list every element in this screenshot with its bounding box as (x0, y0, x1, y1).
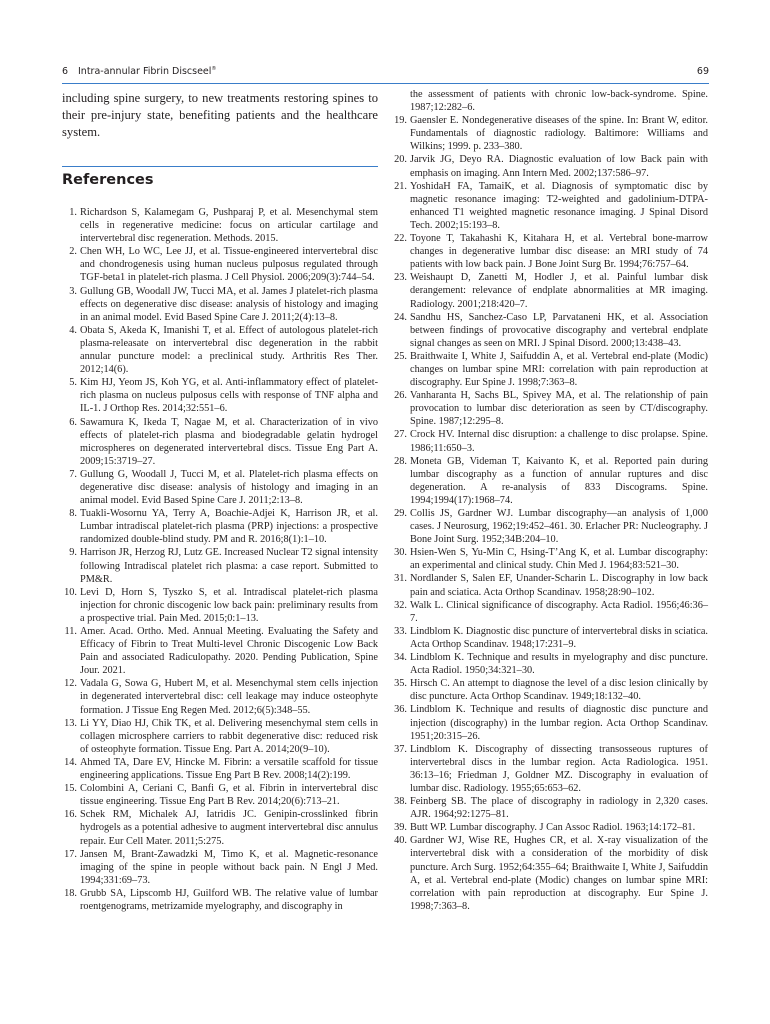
reference-item: 39.Butt WP. Lumbar discography. J Can As… (392, 821, 708, 834)
reference-number: 37. (392, 743, 407, 756)
reference-item: 32.Walk L. Clinical significance of disc… (392, 599, 708, 625)
reference-text: Levi D, Horn S, Tyszko S, et al. Intradi… (80, 587, 378, 624)
reference-text: Li YY, Diao HJ, Chik TK, et al. Deliveri… (80, 718, 378, 755)
reference-number: 34. (392, 651, 407, 664)
reference-item: 1.Richardson S, Kalamegam G, Pushparaj P… (62, 206, 378, 245)
reference-text: Grubb SA, Lipscomb HJ, Guilford WB. The … (80, 888, 378, 912)
reference-item: 24.Sandhu HS, Sanchez-Caso LP, Parvatane… (392, 311, 708, 350)
reference-item: 6.Sawamura K, Ikeda T, Nagae M, et al. C… (62, 416, 378, 468)
reference-text: YoshidaH FA, TamaiK, et al. Diagnosis of… (410, 181, 708, 231)
reference-item: the assessment of patients with chronic … (392, 88, 708, 114)
reference-item: 37.Lindblom K. Discography of dissecting… (392, 743, 708, 795)
reference-text: Richardson S, Kalamegam G, Pushparaj P, … (80, 207, 378, 244)
reference-text: Nordlander S, Salen EF, Unander-Scharin … (410, 573, 708, 597)
left-column: including spine surgery, to new treatmen… (62, 90, 378, 140)
reference-item: 10.Levi D, Horn S, Tyszko S, et al. Intr… (62, 586, 378, 625)
reference-text: Hsien-Wen S, Yu-Min C, Hsing-T’Ang K, et… (410, 547, 708, 571)
reference-text: Colombini A, Ceriani C, Banfi G, et al. … (80, 783, 378, 807)
reference-number: 4. (62, 324, 77, 337)
reference-number: 31. (392, 572, 407, 585)
chapter-title: Intra-annular Fibrin Discseel® (78, 66, 216, 77)
reference-number: 39. (392, 821, 407, 834)
reference-item: 36.Lindblom K. Technique and results of … (392, 703, 708, 742)
reference-number: 17. (62, 848, 77, 861)
reference-item: 35.Hirsch C. An attempt to diagnose the … (392, 677, 708, 703)
reference-text: Hirsch C. An attempt to diagnose the lev… (410, 678, 708, 702)
reference-item: 7.Gullung G, Woodall J, Tucci M, et al. … (62, 468, 378, 507)
reference-item: 9.Harrison JR, Herzog RJ, Lutz GE. Incre… (62, 546, 378, 585)
reference-number: 30. (392, 546, 407, 559)
reference-number: 23. (392, 271, 407, 284)
reference-number: 1. (62, 206, 77, 219)
reference-number: 5. (62, 376, 77, 389)
reference-number: 2. (62, 245, 77, 258)
reference-text: Weishaupt D, Zanetti M, Hodler J, et al.… (410, 272, 708, 309)
reference-item: 11.Amer. Acad. Ortho. Med. Annual Meetin… (62, 625, 378, 677)
reference-text: Walk L. Clinical significance of discogr… (410, 600, 708, 624)
reference-number: 12. (62, 677, 77, 690)
reference-item: 13.Li YY, Diao HJ, Chik TK, et al. Deliv… (62, 717, 378, 756)
reference-text: Chen WH, Lo WC, Lee JJ, et al. Tissue-en… (80, 246, 378, 283)
reference-text: Lindblom K. Technique and results of dia… (410, 704, 708, 741)
reference-number: 13. (62, 717, 77, 730)
reference-number: 38. (392, 795, 407, 808)
reference-number: 25. (392, 350, 407, 363)
reference-number: 32. (392, 599, 407, 612)
reference-number: 6. (62, 416, 77, 429)
reference-number: 40. (392, 834, 407, 847)
reference-text: Harrison JR, Herzog RJ, Lutz GE. Increas… (80, 547, 378, 584)
reference-item: 19.Gaensler E. Nondegenerative diseases … (392, 114, 708, 153)
reference-number: 29. (392, 507, 407, 520)
reference-item: 27.Crock HV. Internal disc disruption: a… (392, 428, 708, 454)
reference-number: 19. (392, 114, 407, 127)
reference-number: 10. (62, 586, 77, 599)
reference-item: 29.Collis JS, Gardner WJ. Lumbar discogr… (392, 507, 708, 546)
running-head: 6 Intra-annular Fibrin Discseel® 69 (62, 66, 709, 80)
reference-text: Lindblom K. Discography of dissecting tr… (410, 744, 708, 794)
reference-number: 33. (392, 625, 407, 638)
reference-item: 38.Feinberg SB. The place of discography… (392, 795, 708, 821)
reference-number: 16. (62, 808, 77, 821)
reference-item: 14.Ahmed TA, Dare EV, Hincke M. Fibrin: … (62, 756, 378, 782)
reference-number: 22. (392, 232, 407, 245)
reference-item: 8.Tuakli-Wosornu YA, Terry A, Boachie-Ad… (62, 507, 378, 546)
reference-number: 24. (392, 311, 407, 324)
reference-item: 18.Grubb SA, Lipscomb HJ, Guilford WB. T… (62, 887, 378, 913)
reference-text: Vadala G, Sowa G, Hubert M, et al. Mesen… (80, 678, 378, 715)
reference-text: Collis JS, Gardner WJ. Lumbar discograph… (410, 508, 708, 545)
reference-number: 11. (62, 625, 77, 638)
reference-item: 15.Colombini A, Ceriani C, Banfi G, et a… (62, 782, 378, 808)
reference-text: Schek RM, Michalek AJ, Iatridis JC. Geni… (80, 809, 378, 846)
book-page: 6 Intra-annular Fibrin Discseel® 69 incl… (0, 0, 770, 1024)
reference-item: 21.YoshidaH FA, TamaiK, et al. Diagnosis… (392, 180, 708, 232)
page-number: 69 (697, 66, 709, 77)
reference-number: 18. (62, 887, 77, 900)
reference-item: 12.Vadala G, Sowa G, Hubert M, et al. Me… (62, 677, 378, 716)
reference-item: 23.Weishaupt D, Zanetti M, Hodler J, et … (392, 271, 708, 310)
reference-text: Obata S, Akeda K, Imanishi T, et al. Eff… (80, 325, 378, 375)
reference-text: Jansen M, Brant-Zawadzki M, Timo K, et a… (80, 849, 378, 886)
reference-item: 26.Vanharanta H, Sachs BL, Spivey MA, et… (392, 389, 708, 428)
section-rule (62, 166, 378, 167)
reference-item: 5.Kim HJ, Yeom JS, Koh YG, et al. Anti-i… (62, 376, 378, 415)
reference-text: Crock HV. Internal disc disruption: a ch… (410, 429, 708, 453)
reference-number: 9. (62, 546, 77, 559)
reference-item: 25.Braithwaite I, White J, Saifuddin A, … (392, 350, 708, 389)
reference-item: 34.Lindblom K. Technique and results in … (392, 651, 708, 677)
reference-item: 28.Moneta GB, Videman T, Kaivanto K, et … (392, 455, 708, 507)
reference-text: Sandhu HS, Sanchez-Caso LP, Parvataneni … (410, 312, 708, 349)
reference-text: Lindblom K. Diagnostic disc puncture of … (410, 626, 708, 650)
header-rule (62, 83, 709, 84)
reference-number: 35. (392, 677, 407, 690)
reference-number: 15. (62, 782, 77, 795)
reference-number: 27. (392, 428, 407, 441)
reference-number: 20. (392, 153, 407, 166)
reference-text: Tuakli-Wosornu YA, Terry A, Boachie-Adje… (80, 508, 378, 545)
reference-text: Lindblom K. Technique and results in mye… (410, 652, 708, 676)
reference-item: 4.Obata S, Akeda K, Imanishi T, et al. E… (62, 324, 378, 376)
chapter-number: 6 (62, 66, 68, 77)
reference-item: 3.Gullung GB, Woodall JW, Tucci MA, et a… (62, 285, 378, 324)
registered-mark: ® (211, 66, 216, 72)
reference-number: 36. (392, 703, 407, 716)
reference-number: 8. (62, 507, 77, 520)
reference-item: 17.Jansen M, Brant-Zawadzki M, Timo K, e… (62, 848, 378, 887)
reference-text: Amer. Acad. Ortho. Med. Annual Meeting. … (80, 626, 378, 676)
reference-text: Kim HJ, Yeom JS, Koh YG, et al. Anti-inf… (80, 377, 378, 414)
reference-item: 31.Nordlander S, Salen EF, Unander-Schar… (392, 572, 708, 598)
reference-number: 14. (62, 756, 77, 769)
reference-text: Butt WP. Lumbar discography. J Can Assoc… (410, 822, 695, 833)
reference-item: 40.Gardner WJ, Wise RE, Hughes CR, et al… (392, 834, 708, 913)
reference-item: 30.Hsien-Wen S, Yu-Min C, Hsing-T’Ang K,… (392, 546, 708, 572)
reference-text: Gullung GB, Woodall JW, Tucci MA, et al.… (80, 286, 378, 323)
reference-number: 26. (392, 389, 407, 402)
reference-number: 28. (392, 455, 407, 468)
references-list-right: the assessment of patients with chronic … (392, 88, 708, 913)
reference-text: Jarvik JG, Deyo RA. Diagnostic evaluatio… (410, 154, 708, 178)
reference-text: Sawamura K, Ikeda T, Nagae M, et al. Cha… (80, 417, 378, 467)
reference-text: Gaensler E. Nondegenerative diseases of … (410, 115, 708, 152)
reference-item: 20.Jarvik JG, Deyo RA. Diagnostic evalua… (392, 153, 708, 179)
reference-number: 21. (392, 180, 407, 193)
references-list-left: 1.Richardson S, Kalamegam G, Pushparaj P… (62, 206, 378, 913)
reference-text: Toyone T, Takahashi K, Kitahara H, et al… (410, 233, 708, 270)
reference-text: Gullung G, Woodall J, Tucci M, et al. Pl… (80, 469, 378, 506)
reference-text: Vanharanta H, Sachs BL, Spivey MA, et al… (410, 390, 708, 427)
reference-text: Ahmed TA, Dare EV, Hincke M. Fibrin: a v… (80, 757, 378, 781)
reference-text: Feinberg SB. The place of discography in… (410, 796, 708, 820)
reference-item: 16.Schek RM, Michalek AJ, Iatridis JC. G… (62, 808, 378, 847)
reference-item: 33.Lindblom K. Diagnostic disc puncture … (392, 625, 708, 651)
section-title: References (62, 172, 154, 188)
reference-number: 3. (62, 285, 77, 298)
intro-paragraph: including spine surgery, to new treatmen… (62, 90, 378, 140)
reference-number: 7. (62, 468, 77, 481)
reference-text: Braithwaite I, White J, Saifuddin A, et … (410, 351, 708, 388)
reference-text: Moneta GB, Videman T, Kaivanto K, et al.… (410, 456, 708, 506)
reference-item: 2.Chen WH, Lo WC, Lee JJ, et al. Tissue-… (62, 245, 378, 284)
reference-item: 22.Toyone T, Takahashi K, Kitahara H, et… (392, 232, 708, 271)
reference-text: Gardner WJ, Wise RE, Hughes CR, et al. X… (410, 835, 708, 911)
reference-text: the assessment of patients with chronic … (410, 89, 708, 113)
